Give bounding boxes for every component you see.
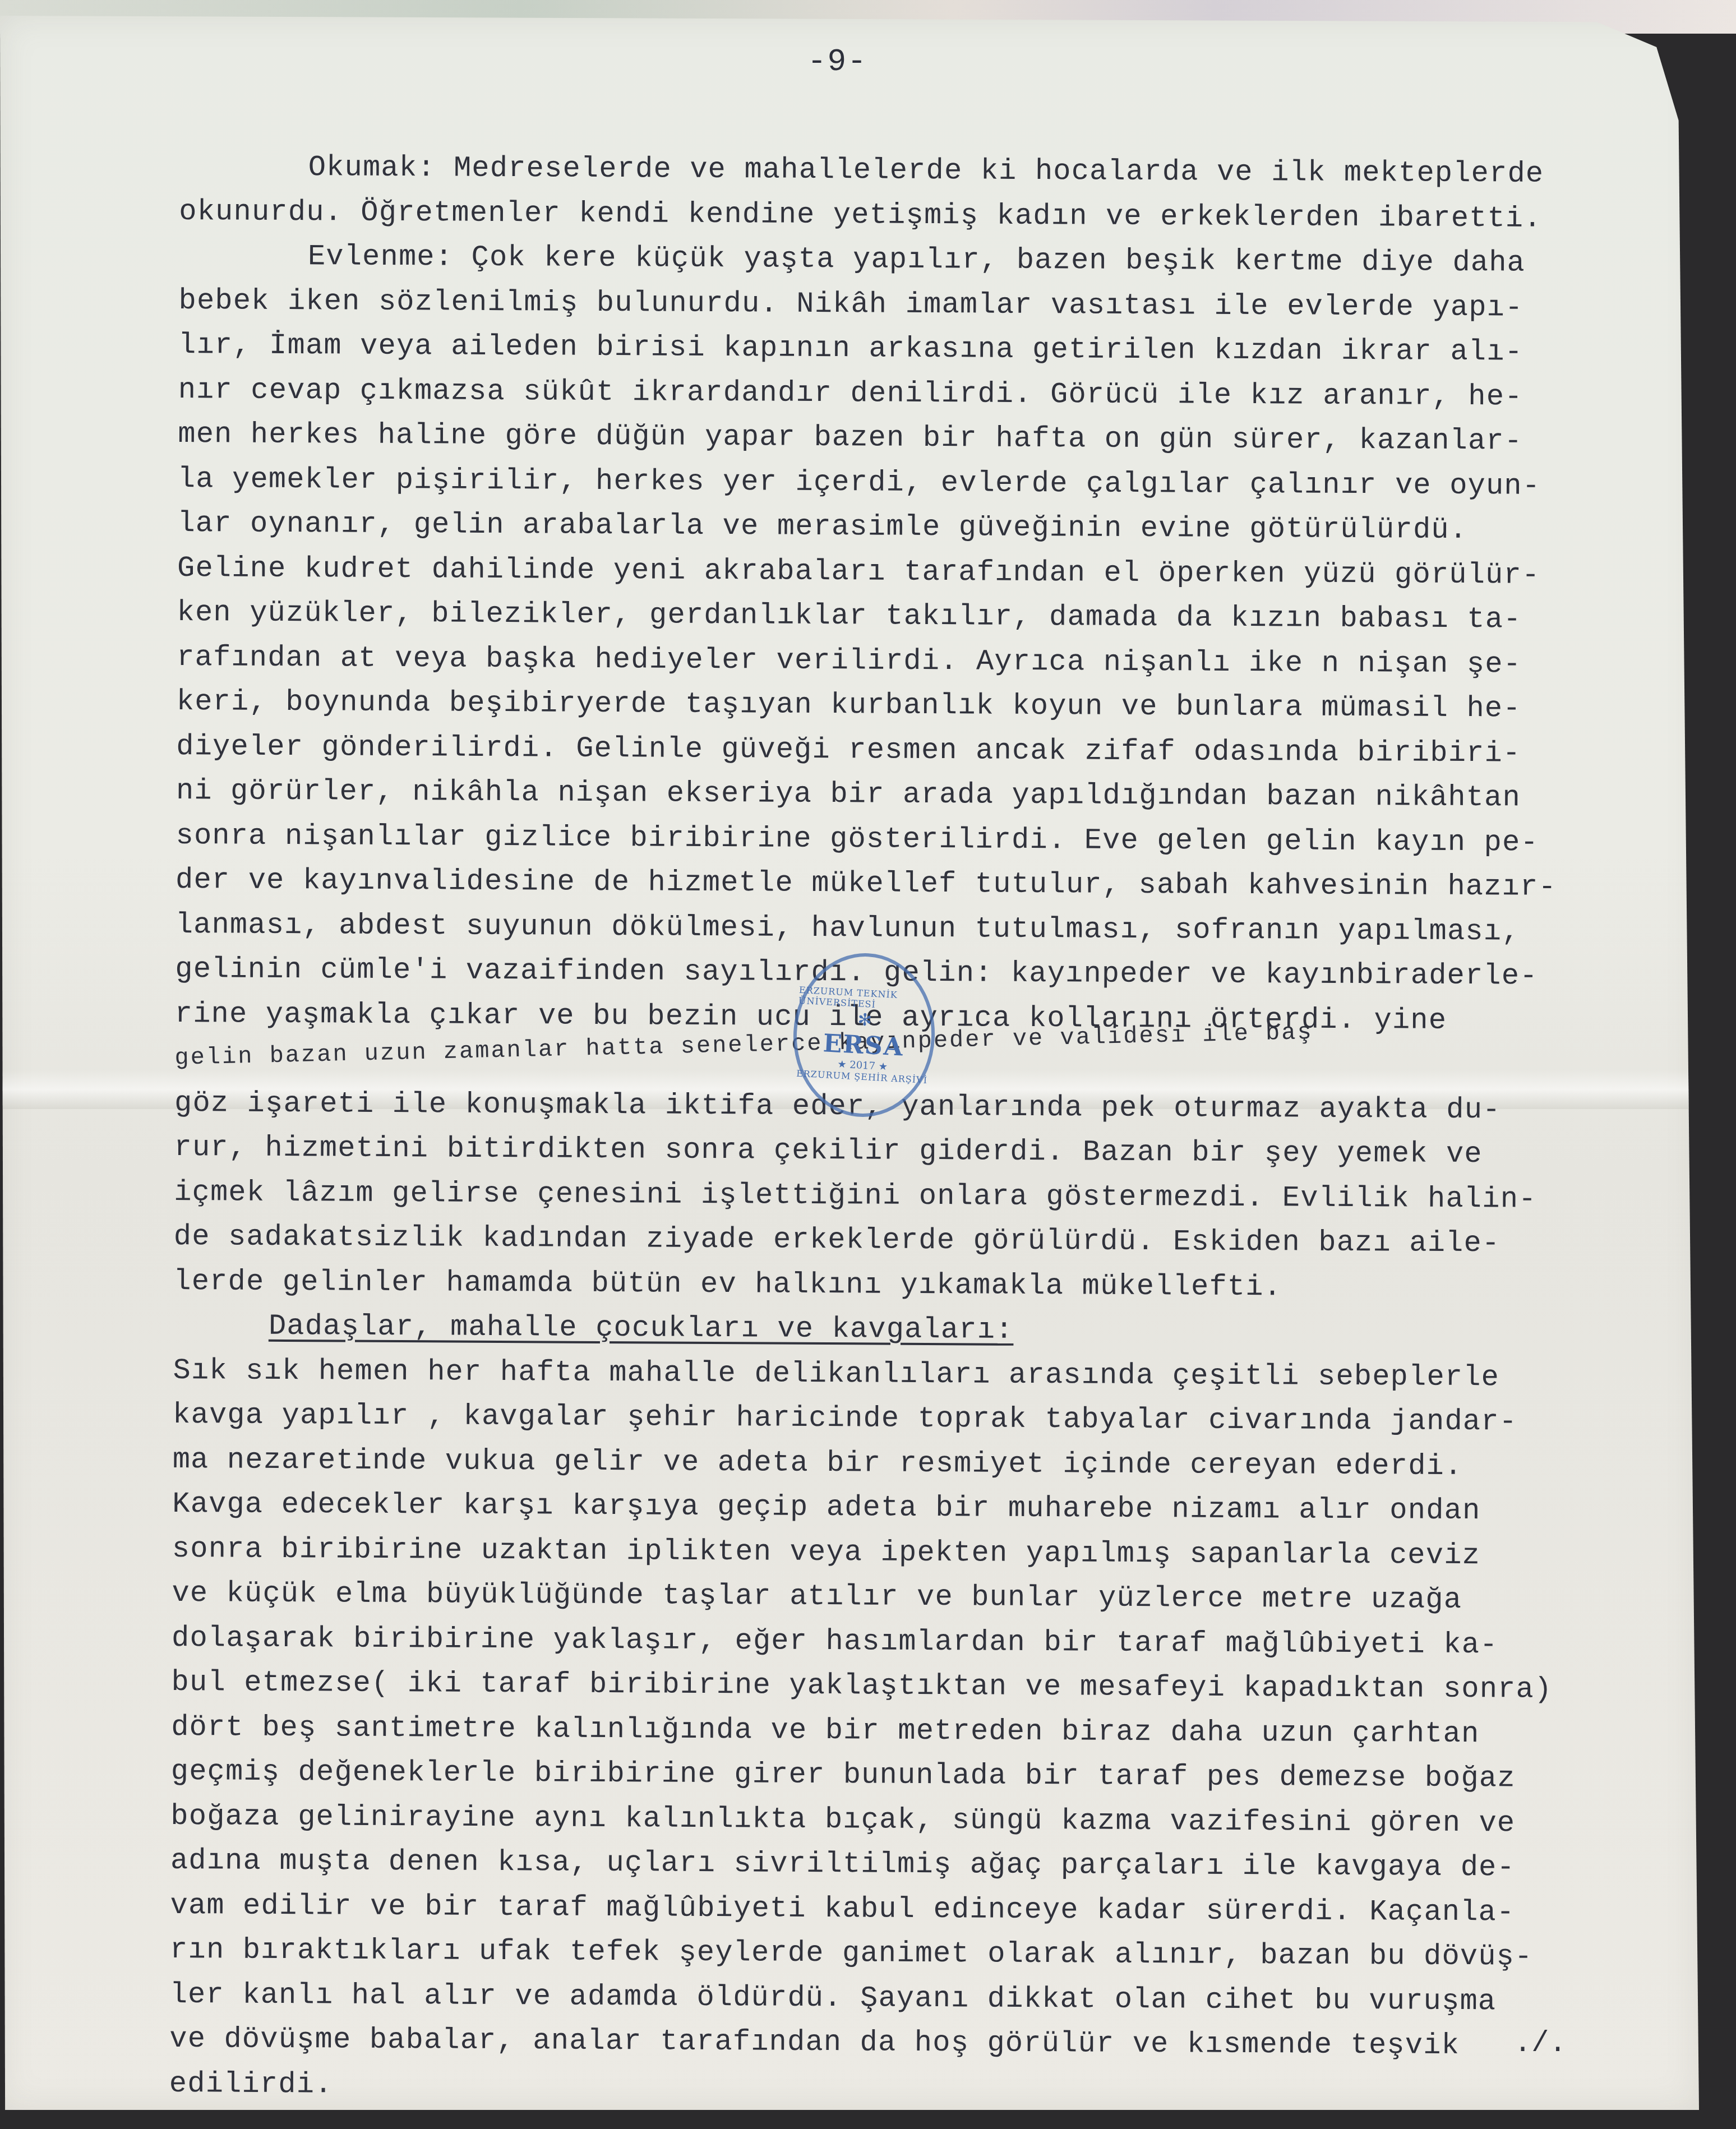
text-line: nır cevap çıkmazsa sükût ikrardandır den… [178, 367, 1703, 420]
text-line: geçmiş değeneklerle biribirine girer bun… [171, 1749, 1696, 1802]
text-line: sonra nişanlılar gizlice biribirine göst… [176, 813, 1701, 866]
text-line: Kavga edecekler karşı karşıya geçip adet… [172, 1482, 1697, 1535]
stamp-acronym: ERSA [823, 1029, 905, 1061]
text-line: gelinin cümle'i vazaifinden sayılırdı. g… [175, 947, 1700, 1000]
text-line: ve küçük elma büyüklüğünde taşlar atılır… [172, 1571, 1697, 1624]
end-mark: ./. [1514, 2027, 1567, 2060]
text-line: rın bıraktıkları ufak tefek şeylerde gan… [170, 1928, 1695, 1980]
text-line: bebek iken sözlenilmiş bulunurdu. Nikâh … [178, 278, 1703, 331]
text-line: dolaşarak biribirine yaklaşır, eğer hası… [172, 1615, 1697, 1668]
text-line: Evlenme: Çok kere küçük yaşta yapılır, b… [179, 234, 1704, 287]
stamp-ring-top: ERZURUM TEKNİK ÜNİVERSİTESİ [798, 985, 934, 1013]
text-line: adına muşta denen kısa, uçları sivriltil… [170, 1839, 1696, 1891]
text-line: boğaza gelinirayine aynı kalınlıkta bıça… [170, 1794, 1696, 1846]
text-line: sonra biribirine uzaktan iplikten veya i… [172, 1526, 1697, 1579]
text-line: lanması, abdest suyunun dökülmesi, havlu… [176, 902, 1701, 955]
text-line: rur, hizmetini bitirdikten sonra çekilir… [174, 1125, 1699, 1178]
text-line: ni görürler, nikâhla nişan ekseriya bir … [176, 769, 1701, 821]
snowflake-icon: ✻ [857, 1010, 872, 1030]
text-line: la yemekler pişirilir, herkes yer içerdi… [178, 456, 1703, 509]
text-line: ken yüzükler, bilezikler, gerdanlıklar t… [177, 590, 1702, 643]
text-line: dört beş santimetre kalınlığında ve bir … [171, 1705, 1696, 1757]
text-line: okunurdu. Öğretmenler kendi kendine yeti… [179, 189, 1704, 242]
text-line: Okumak: Medreselerde ve mahallelerde ki … [179, 145, 1705, 197]
text-line: lerde gelinler hamamda bütün ev halkını … [173, 1259, 1698, 1311]
text-line: kavga yapılır , kavgalar şehir haricinde… [173, 1393, 1698, 1445]
text-line: ma nezaretinde vukua gelir ve adeta bir … [173, 1437, 1698, 1490]
text-line: lar oynanır, gelin arabalarla ve merasim… [177, 501, 1702, 554]
text-line: vam edilir ve bir taraf mağlûbiyeti kabu… [170, 1883, 1695, 1936]
text-line: keri, boynunda beşibiryerde taşıyan kurb… [177, 680, 1702, 732]
text-line: Geline kudret dahilinde yeni akrabaları … [177, 546, 1702, 598]
section-heading: Dadaşlar, mahalle çocukları ve kavgaları… [173, 1304, 1698, 1356]
text-line: bul etmezse( iki taraf biribirine yaklaş… [171, 1660, 1696, 1713]
page-number: -9- [807, 44, 867, 80]
text-line: men herkes haline göre düğün yapar bazen… [178, 412, 1703, 465]
text-line: rafından at veya başka hediyeler verilir… [177, 635, 1702, 687]
text-line: göz işareti ile konuşmakla iktifa eder, … [174, 1080, 1700, 1133]
document-body: Okumak: Medreselerde ve mahallelerde ki … [169, 145, 1705, 2114]
text-line: ler kanlı hal alır ve adamda öldürdü. Şa… [170, 1972, 1695, 2025]
text-line: lır, İmam veya aileden birisi kapının ar… [178, 323, 1703, 376]
text-line: diyeler gönderilirdi. Gelinle güveği res… [176, 724, 1701, 777]
text-line: de sadakatsizlik kadından ziyade erkekle… [174, 1214, 1699, 1267]
text-line: Sık sık hemen her hafta mahalle delikanl… [173, 1348, 1698, 1401]
text-line: ve dövüşme babalar, analar tarafından da… [169, 2017, 1695, 2070]
text-line: edilirdi. [169, 2061, 1695, 2114]
text-line: der ve kayınvalidesine de hizmetle mükel… [176, 858, 1701, 911]
text-line: içmek lâzım gelirse çenesini işlettiğini… [174, 1170, 1699, 1222]
